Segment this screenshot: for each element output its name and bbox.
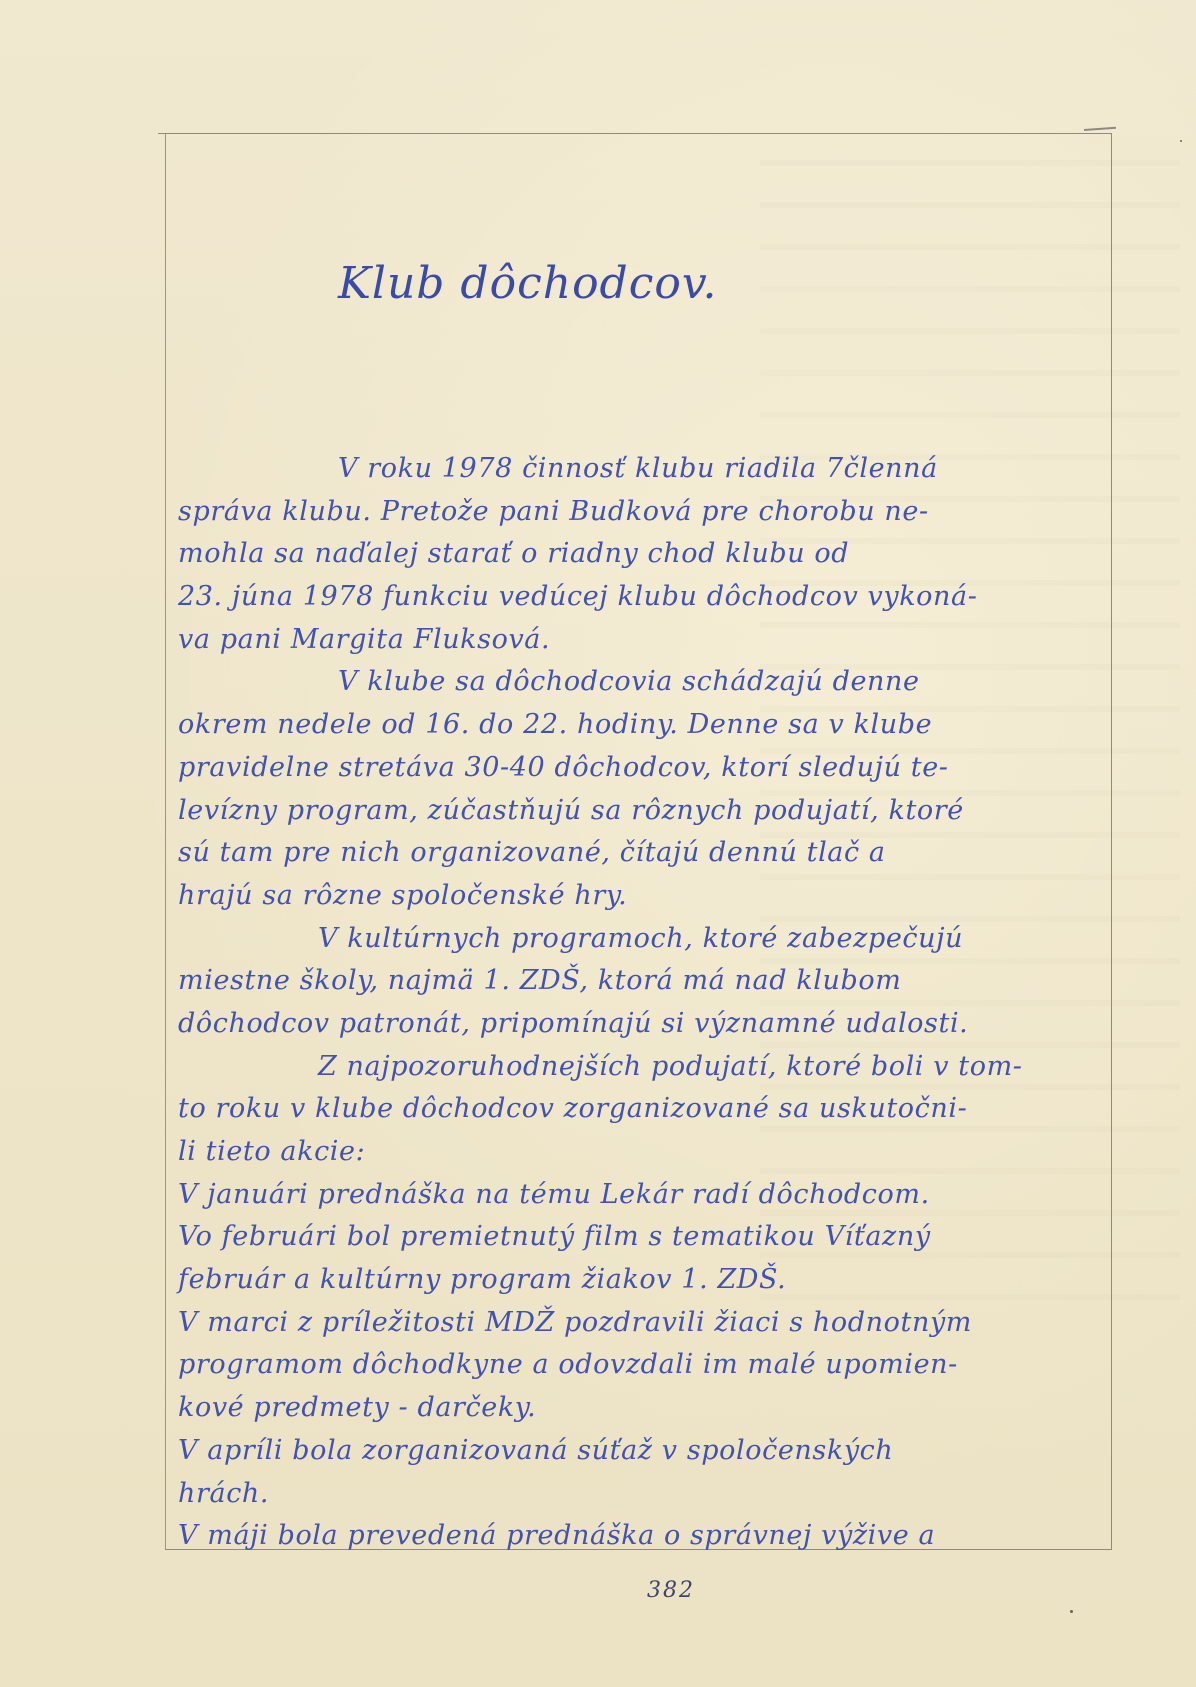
- text-line: Vo februári bol premietnutý film s temat…: [178, 1216, 1098, 1259]
- text-line: Z najpozoruhodnejších podujatí, ktoré bo…: [178, 1046, 1098, 1089]
- text-line: va pani Margita Fluksová.: [178, 619, 1098, 662]
- text-line: hrách.: [178, 1473, 1098, 1516]
- frame-corner-mark: [158, 133, 168, 134]
- text-line: dôchodcov patronát, pripomínajú si význa…: [178, 1003, 1098, 1046]
- text-line: V kultúrnych programoch, ktoré zabezpeču…: [178, 918, 1098, 961]
- text-line: V roku 1978 činnosť klubu riadila 7členn…: [178, 448, 1098, 491]
- text-line: sú tam pre nich organizované, čítajú den…: [178, 832, 1098, 875]
- text-line: levízny program, zúčastňujú sa rôznych p…: [178, 790, 1098, 833]
- text-line: V januári prednáška na tému Lekár radí d…: [178, 1174, 1098, 1217]
- handwritten-body: V roku 1978 činnosť klubu riadila 7členn…: [178, 448, 1098, 1558]
- text-line: február a kultúrny program žiakov 1. ZDŠ…: [178, 1259, 1098, 1302]
- text-line: hrajú sa rôzne spoločenské hry.: [178, 875, 1098, 918]
- text-line: V klube sa dôchodcovia schádzajú denne: [178, 661, 1098, 704]
- text-line: kové predmety - darčeky.: [178, 1387, 1098, 1430]
- page-title: Klub dôchodcov.: [338, 258, 717, 309]
- text-line: V marci z príležitosti MDŽ pozdravili ži…: [178, 1302, 1098, 1345]
- text-line: li tieto akcie:: [178, 1131, 1098, 1174]
- text-line: správa klubu. Pretože pani Budková pre c…: [178, 491, 1098, 534]
- text-line: okrem nedele od 16. do 22. hodiny. Denne…: [178, 704, 1098, 747]
- paper-speck: [1070, 1610, 1073, 1613]
- text-line: V máji bola prevedená prednáška o správn…: [178, 1515, 1098, 1558]
- paper-speck: [1180, 140, 1182, 142]
- page-number: 382: [647, 1578, 695, 1603]
- text-line: pravidelne stretáva 30-40 dôchodcov, kto…: [178, 747, 1098, 790]
- text-line: programom dôchodkyne a odovzdali im malé…: [178, 1344, 1098, 1387]
- text-line: mohla sa naďalej starať o riadny chod kl…: [178, 533, 1098, 576]
- text-line: miestne školy, najmä 1. ZDŠ, ktorá má na…: [178, 960, 1098, 1003]
- text-line: V apríli bola zorganizovaná súťaž v spol…: [178, 1430, 1098, 1473]
- text-line: to roku v klube dôchodcov zorganizované …: [178, 1088, 1098, 1131]
- text-line: 23. júna 1978 funkciu vedúcej klubu dôch…: [178, 576, 1098, 619]
